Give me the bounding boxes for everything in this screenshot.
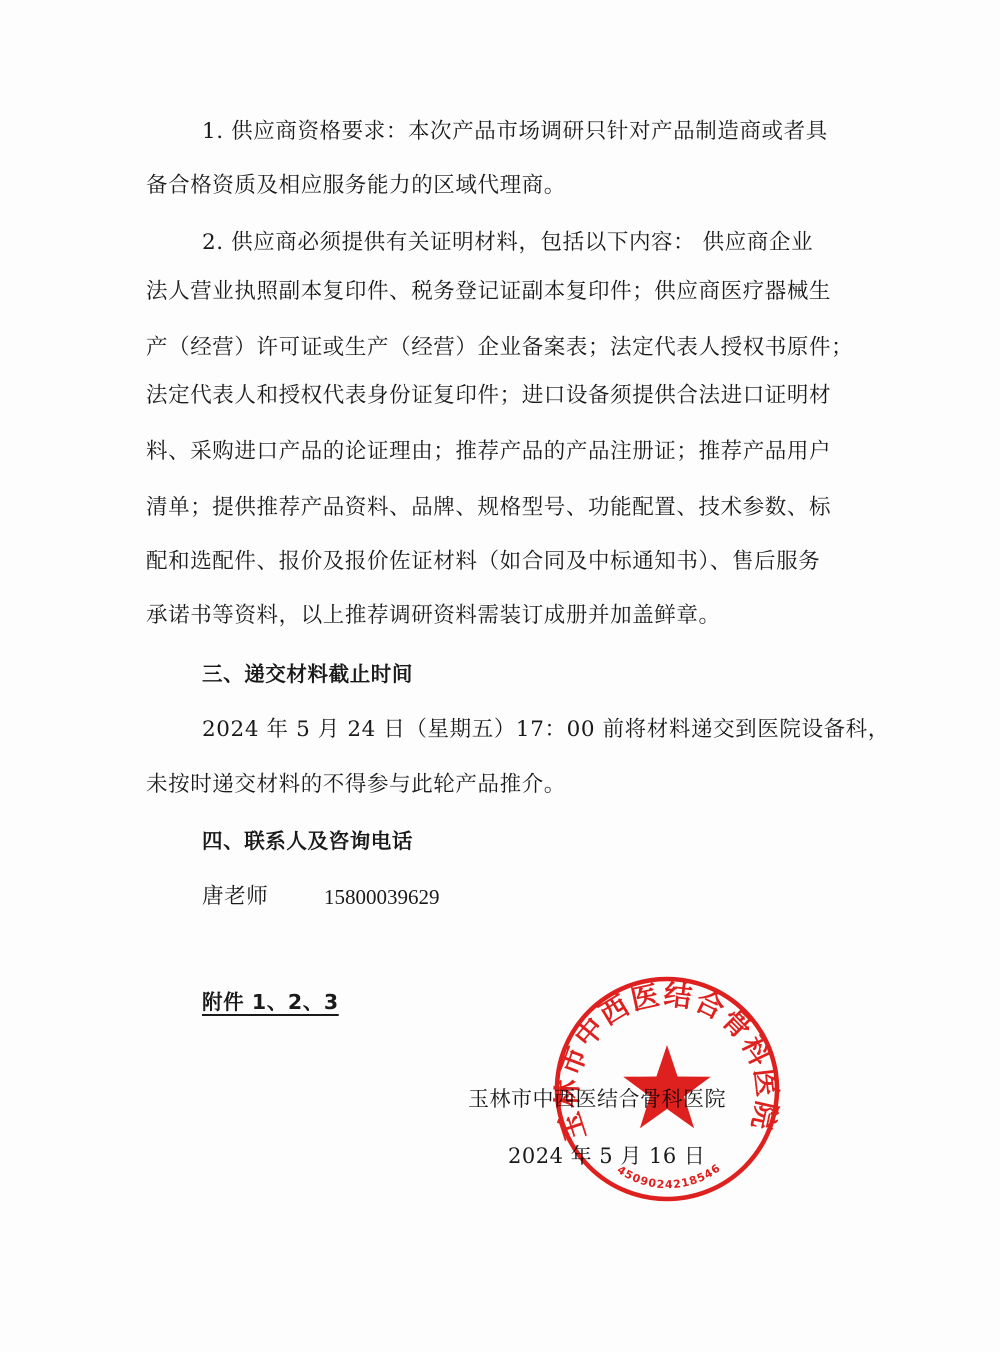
section-4-heading: 四、联系人及咨询电话 xyxy=(202,826,413,856)
item-2-line-7: 配和选配件、报价及报价佐证材料（如合同及中标通知书）、售后服务 xyxy=(146,547,820,577)
official-seal: 玉林市中西医结合骨科医院 4509024218546 xyxy=(551,973,783,1205)
item-2-line-8: 承诺书等资料，以上推荐调研资料需装订成册并加盖鲜章。 xyxy=(146,601,721,631)
document-page: 1. 供应商资格要求：本次产品市场调研只针对产品制造商或者具 备合格资质及相应服… xyxy=(0,0,1000,1352)
star-icon xyxy=(623,1045,711,1128)
item-2-line-4: 法定代表人和授权代表身份证复印件；进口设备须提供合法进口证明材 xyxy=(146,381,831,411)
item-1-line-1: 1. 供应商资格要求：本次产品市场调研只针对产品制造商或者具 xyxy=(202,117,828,147)
attachments-link[interactable]: 附件 1、2、3 xyxy=(202,987,339,1017)
section-3-line-2: 未按时递交材料的不得参与此轮产品推介。 xyxy=(146,770,566,800)
item-1-line-2: 备合格资质及相应服务能力的区域代理商。 xyxy=(146,171,566,201)
item-2-line-3: 产（经营）许可证或生产（经营）企业备案表；法定代表人授权书原件； xyxy=(146,333,853,363)
item-2-line-5: 料、采购进口产品的论证理由；推荐产品的产品注册证；推荐产品用户 xyxy=(146,437,831,467)
item-2-line-2: 法人营业执照副本复印件、税务登记证副本复印件；供应商医疗器械生 xyxy=(146,277,831,307)
contact-phone: 15800039629 xyxy=(324,882,440,912)
section-3-heading: 三、递交材料截止时间 xyxy=(202,659,413,689)
seal-serial: 4509024218546 xyxy=(615,1161,724,1191)
svg-text:4509024218546: 4509024218546 xyxy=(615,1161,724,1191)
item-2-line-1: 2. 供应商必须提供有关证明材料，包括以下内容： 供应商企业 xyxy=(202,228,813,258)
section-3-line-1: 2024 年 5 月 24 日（星期五）17：00 前将材料递交到医院设备科， xyxy=(202,715,890,745)
contact-name: 唐老师 xyxy=(202,882,268,912)
item-2-line-6: 清单；提供推荐产品资料、品牌、规格型号、功能配置、技术参数、标 xyxy=(146,493,831,523)
